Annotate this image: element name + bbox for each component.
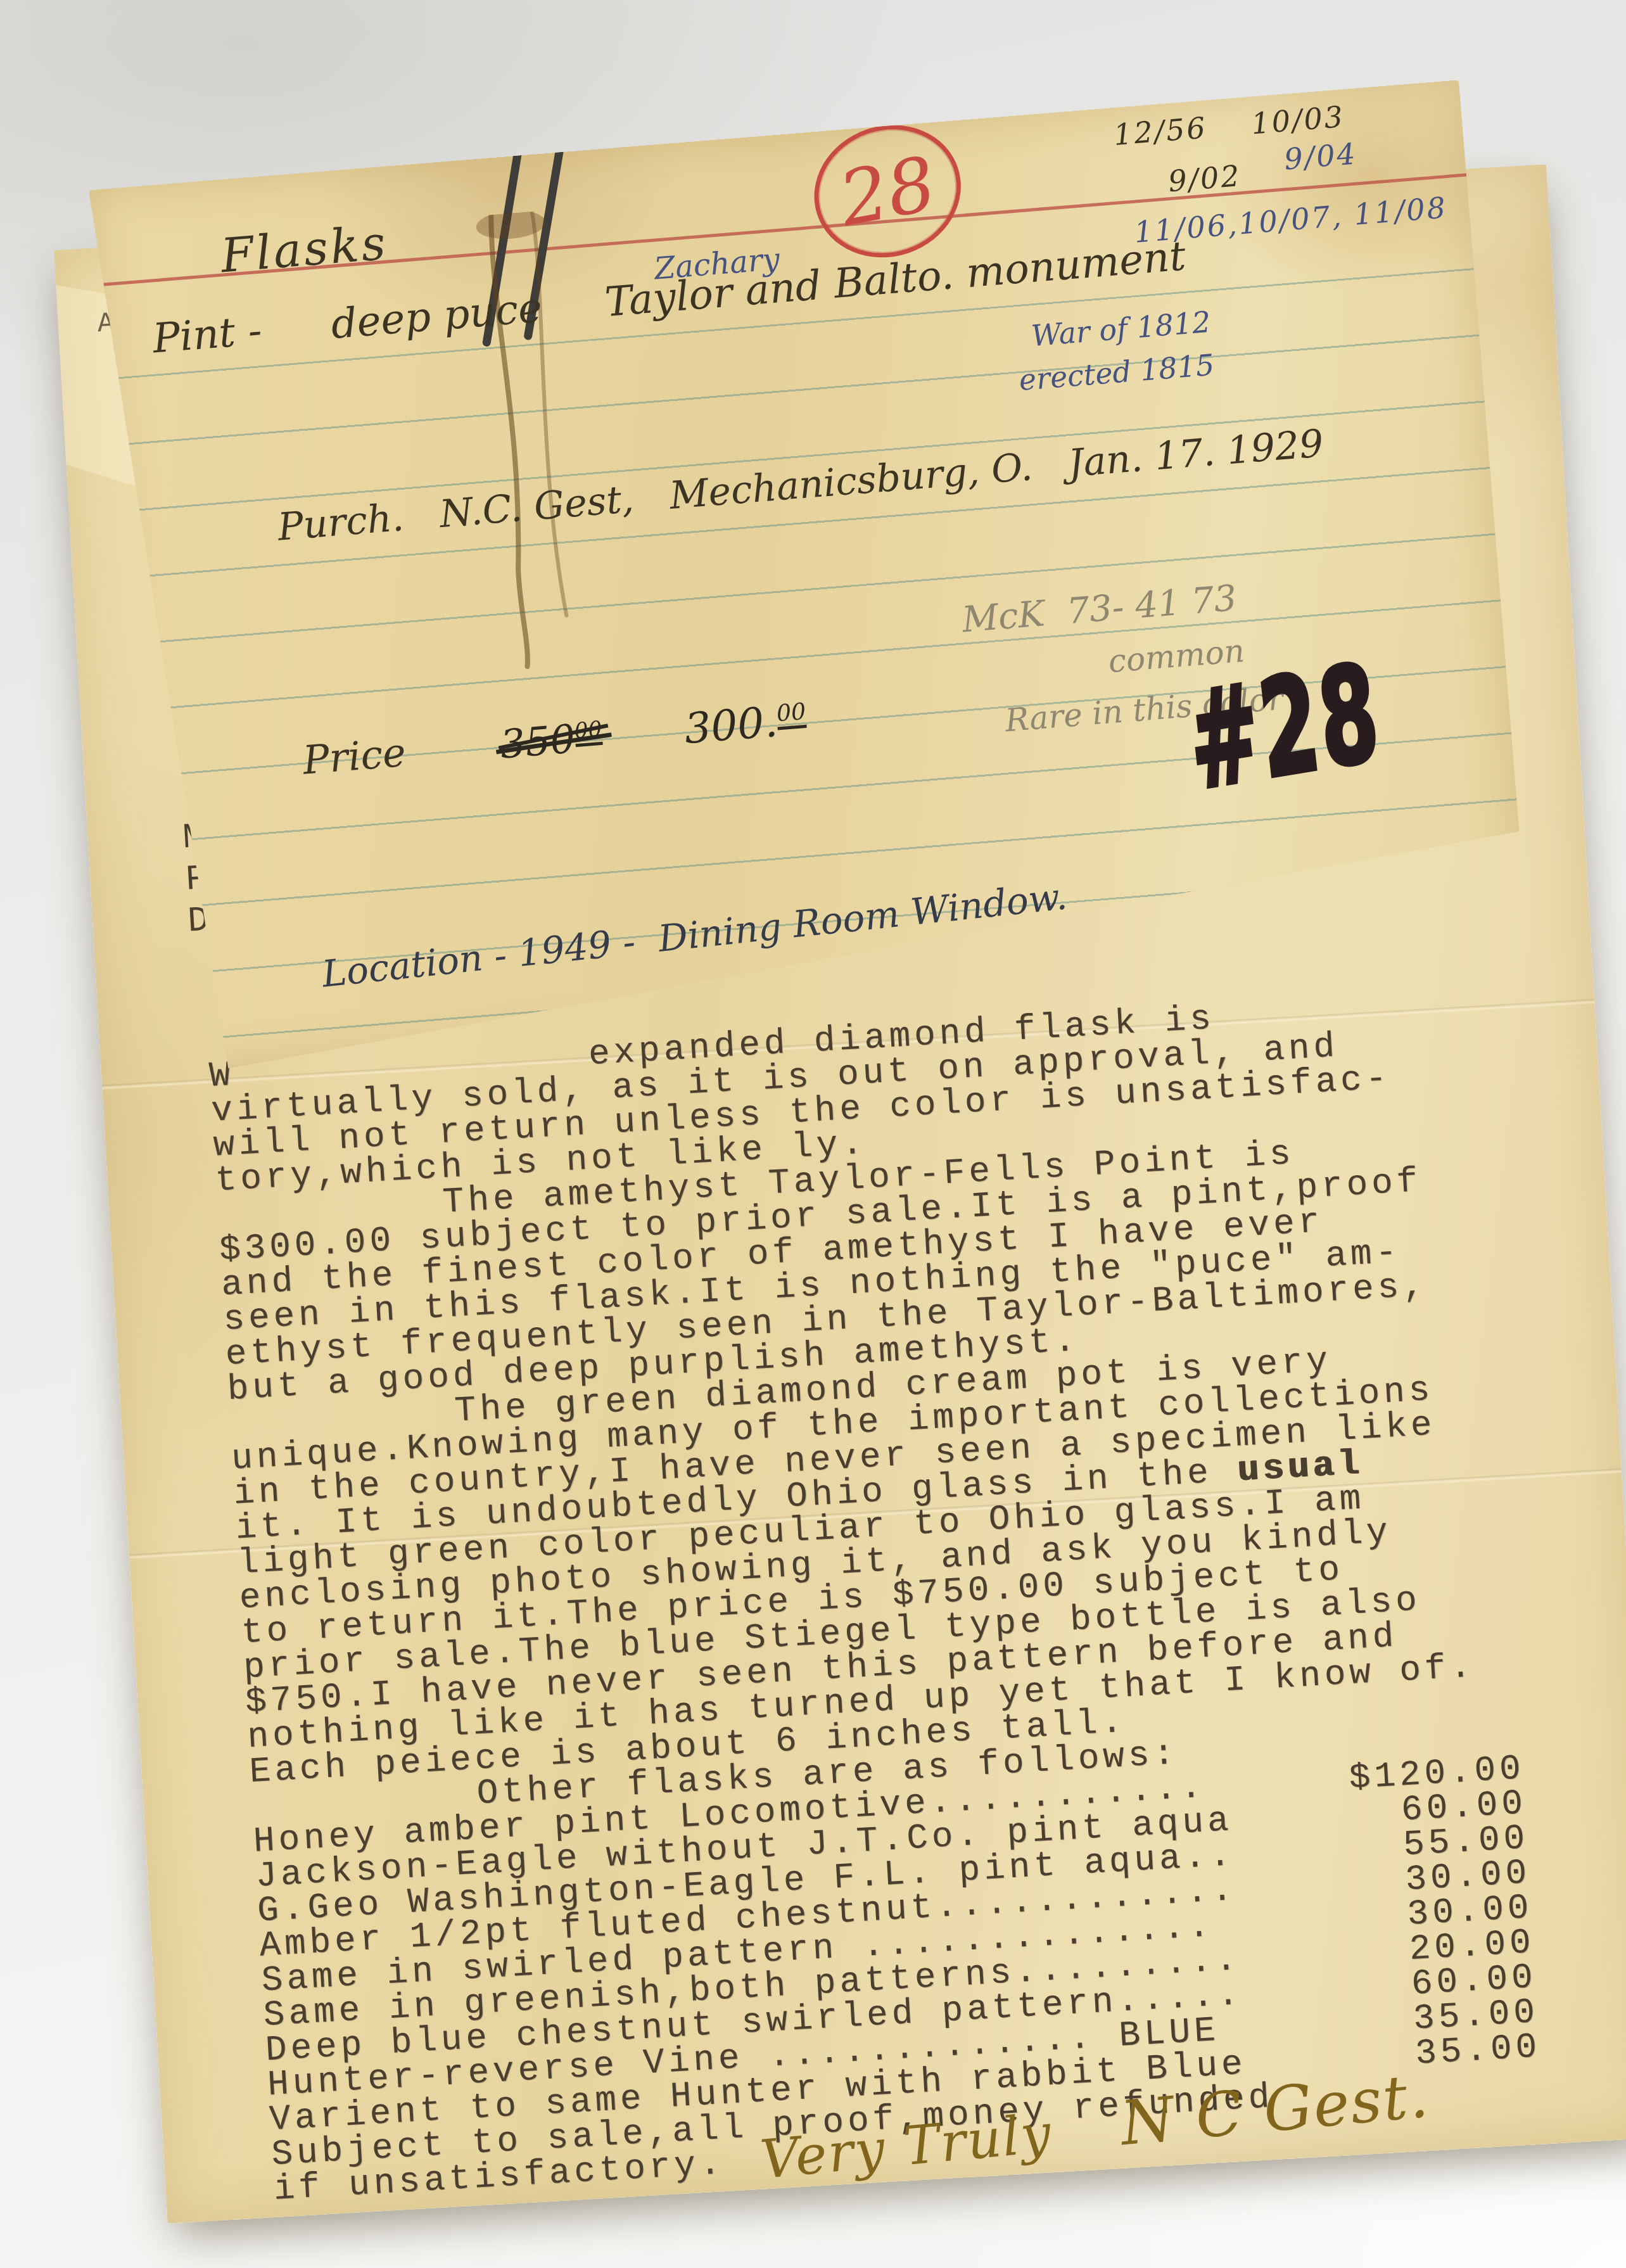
marker-lot-number: #28 <box>1183 646 1387 809</box>
typed-paragraph-1: virtually sold, as it is out on approval… <box>210 1021 1506 1512</box>
circled-number-value: 28 <box>833 139 943 243</box>
price-label: Price <box>301 729 407 784</box>
item-pre: Pint - <box>151 307 264 363</box>
price-new-value: 300. <box>683 698 780 754</box>
price-value: 35.00 <box>1414 2030 1542 2072</box>
price-new: 300.00 <box>683 695 809 753</box>
price-old-value: 350 <box>499 715 577 767</box>
price-old-struck: 35000 <box>499 713 604 768</box>
card-title: Flasks <box>219 216 390 284</box>
typed-text-block: Wexpanded diamond flask is virtually sol… <box>208 986 1546 2207</box>
price-old-cents: 00 <box>573 717 603 747</box>
corner-date-blue: 9/04 <box>1283 136 1358 176</box>
price-new-cents: 00 <box>775 698 807 730</box>
rust-stain <box>416 206 642 676</box>
corner-date-dark: 9/02 <box>1167 158 1242 198</box>
